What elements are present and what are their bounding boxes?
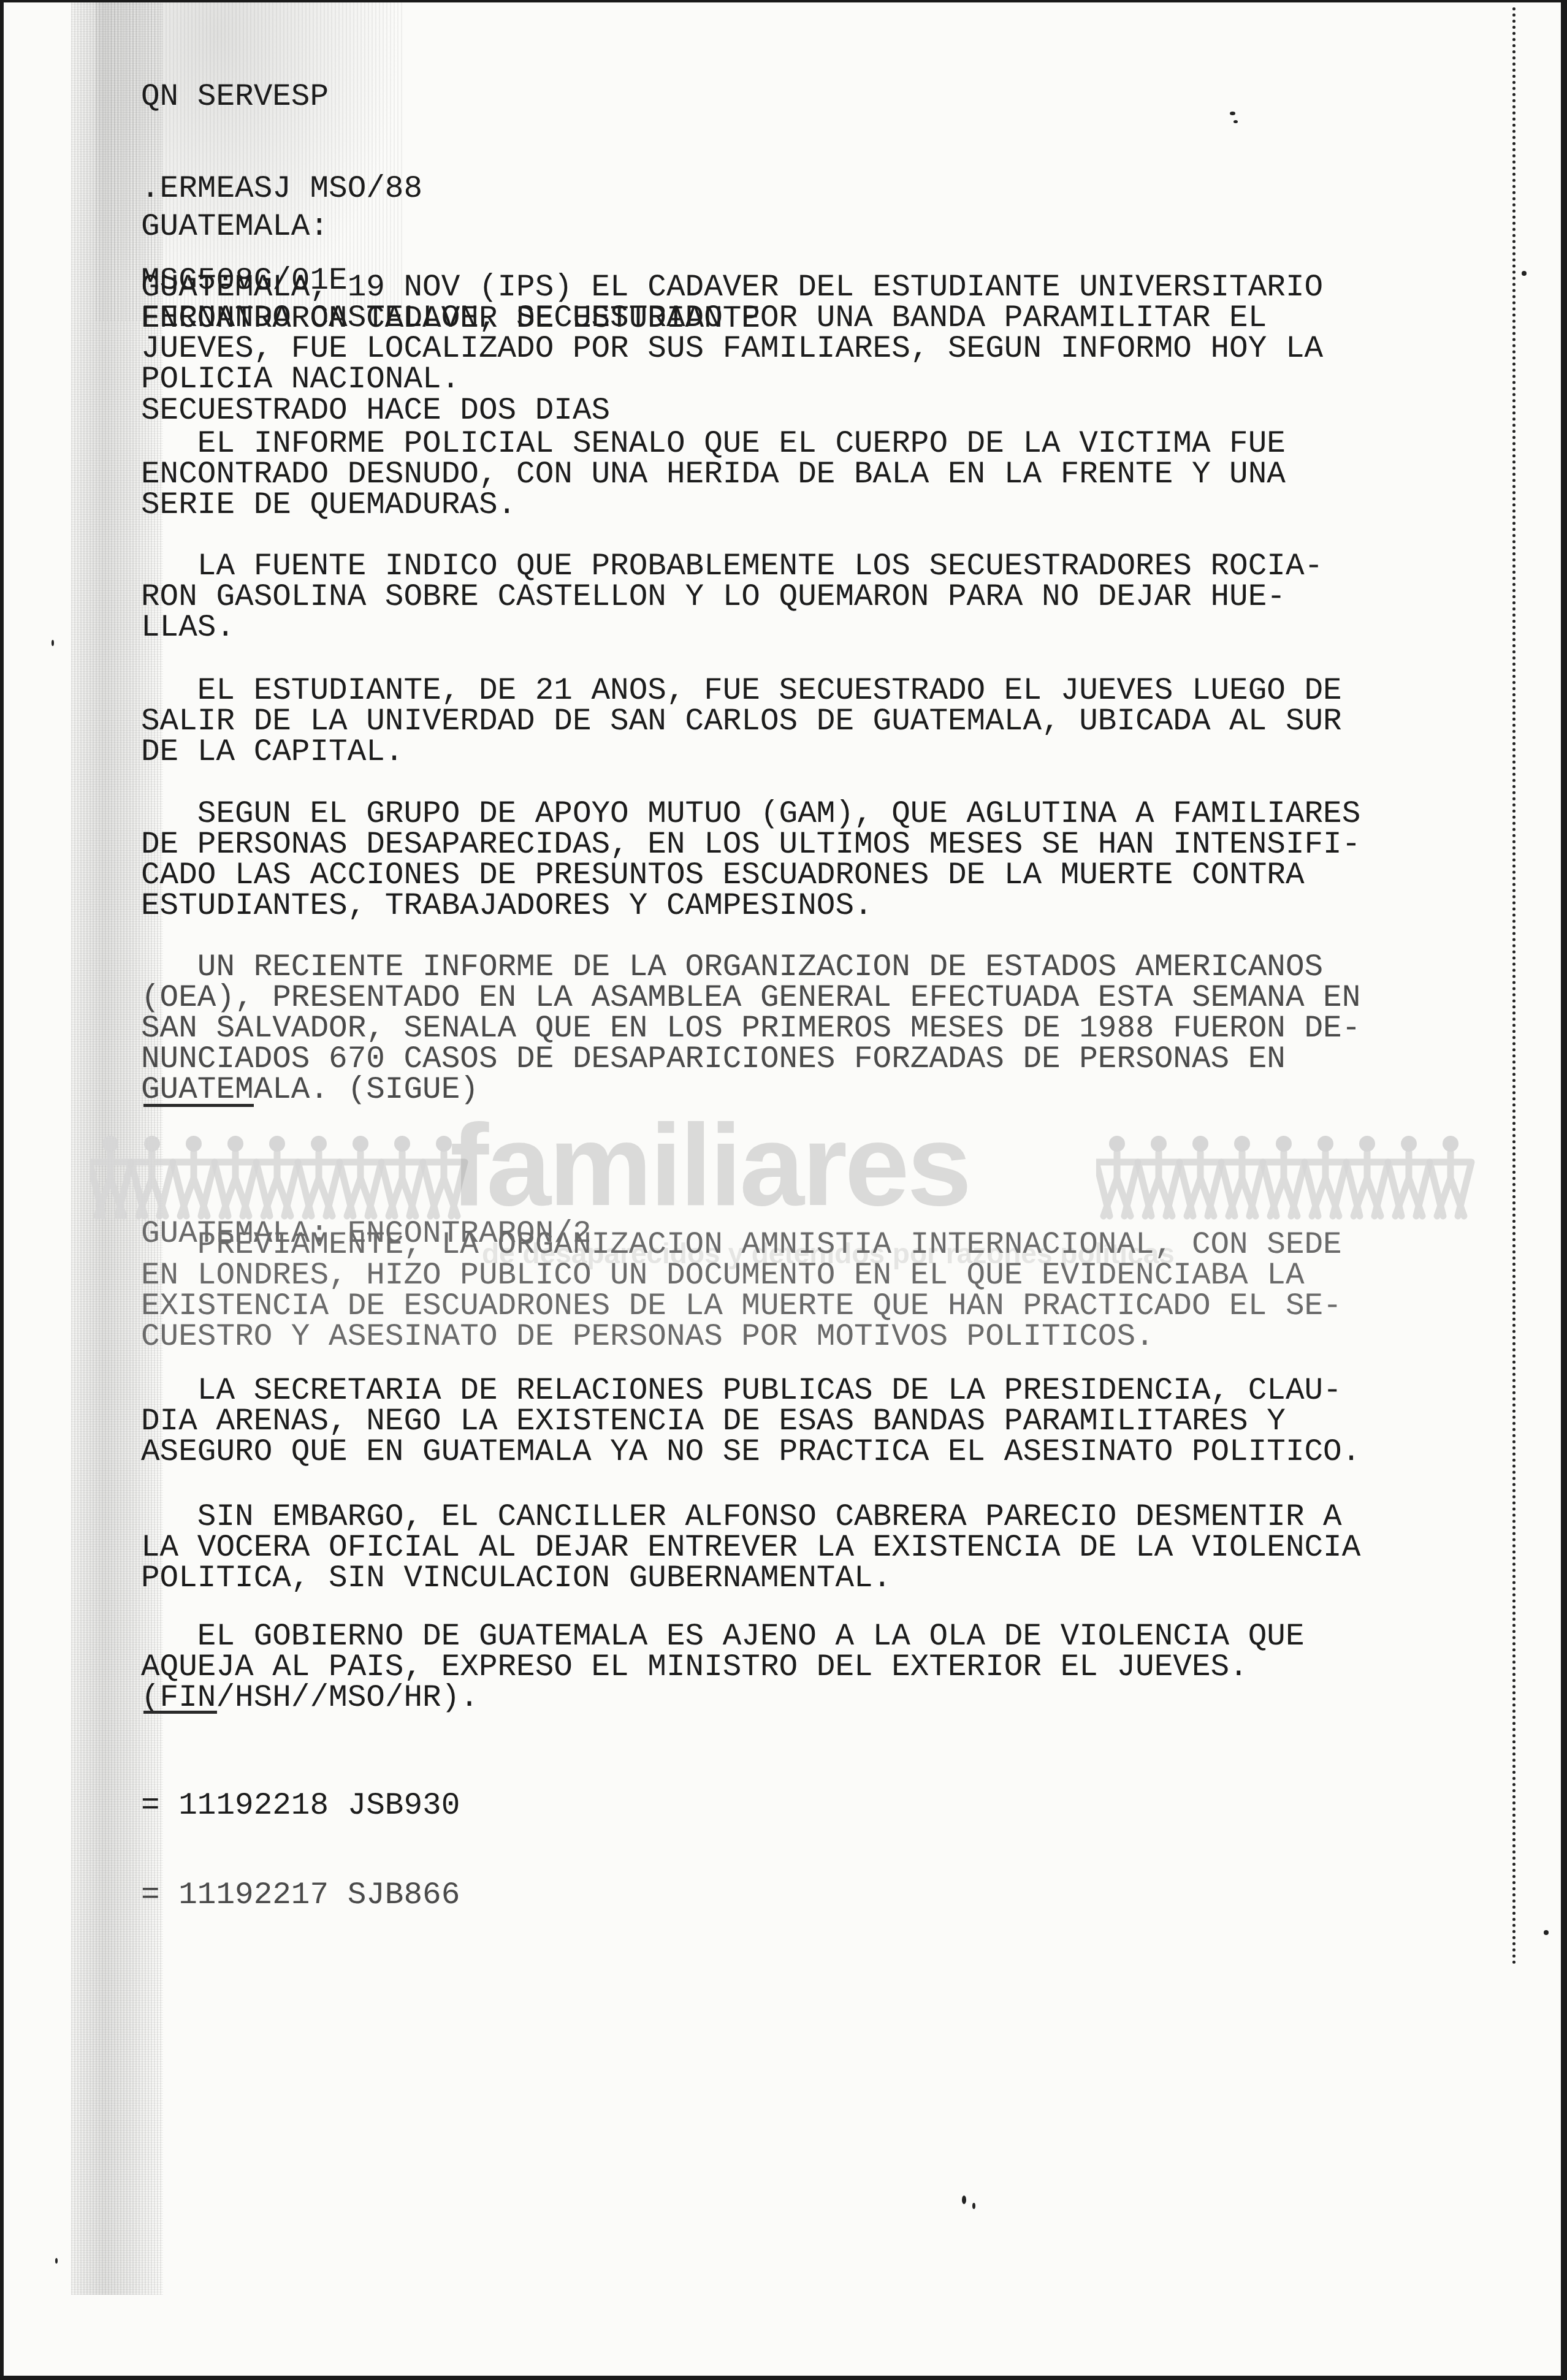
text-line: EN LONDRES, HIZO PUBLICO UN DOCUMENTO EN… [141,1261,1342,1291]
text-line: LA FUENTE INDICO QUE PROBABLEMENTE LOS S… [141,552,1323,582]
text-line: GUATEMALA. (SIGUE) [141,1075,1360,1106]
text-line: LA SECRETARIA DE RELACIONES PUBLICAS DE … [141,1376,1360,1407]
text-line: SALIR DE LA UNIVERDAD DE SAN CARLOS DE G… [141,707,1342,737]
text-line: ENCONTRADO DESNUDO, CON UNA HERIDA DE BA… [141,460,1286,490]
text-line: EL INFORME POLICIAL SENALO QUE EL CUERPO… [141,429,1286,460]
text-line: JUEVES, FUE LOCALIZADO POR SUS FAMILIARE… [141,334,1323,365]
text-line: EXISTENCIA DE ESCUADRONES DE LA MUERTE Q… [141,1291,1342,1322]
text-line: EL GOBIERNO DE GUATEMALA ES AJENO A LA O… [141,1622,1305,1652]
code-line: = 11192217 SJB866 [141,1880,460,1911]
scan-speck [1230,112,1235,115]
paragraph: SIN EMBARGO, EL CANCILLER ALFONSO CABRER… [141,1502,1360,1594]
scan-speck [962,2196,966,2204]
text-line: DIA ARENAS, NEGO LA EXISTENCIA DE ESAS B… [141,1407,1360,1437]
paragraph: GUATEMALA, 19 NOV (IPS) EL CADAVER DEL E… [141,273,1323,395]
text-line: (FIN/HSH//MSO/HR). [141,1683,1305,1714]
text-line: LLAS. [141,613,1323,644]
scan-speck [51,640,54,646]
scan-speck [1233,120,1238,123]
text-line: LA VOCERA OFICIAL AL DEJAR ENTREVER LA E… [141,1533,1360,1564]
text-line: (OEA), PRESENTADO EN LA ASAMBLEA GENERAL… [141,983,1360,1014]
paragraph: PREVIAMENTE, LA ORGANIZACION AMNISTIA IN… [141,1230,1342,1353]
text-line: GUATEMALA, 19 NOV (IPS) EL CADAVER DEL E… [141,273,1323,303]
text-line: EL ESTUDIANTE, DE 21 ANOS, FUE SECUESTRA… [141,676,1342,707]
text-line: AQUEJA AL PAIS, EXPRESO EL MINISTRO DEL … [141,1652,1305,1683]
text-line: ASEGURO QUE EN GUATEMALA YA NO SE PRACTI… [141,1437,1360,1468]
paragraph: EL GOBIERNO DE GUATEMALA ES AJENO A LA O… [141,1622,1305,1714]
scanned-teletype-page: familiares de desaparecidos y detenidos … [4,2,1561,2376]
paragraph: UN RECIENTE INFORME DE LA ORGANIZACION D… [141,952,1360,1106]
text-line: FERNANDO CASTELLON, SECUESTRADO POR UNA … [141,303,1323,334]
scan-speck [972,2203,975,2209]
text-line: SAN SALVADOR, SENALA QUE EN LOS PRIMEROS… [141,1014,1360,1044]
paragraph: LA SECRETARIA DE RELACIONES PUBLICAS DE … [141,1376,1360,1468]
text-line: RON GASOLINA SOBRE CASTELLON Y LO QUEMAR… [141,582,1323,613]
text-line: SERIE DE QUEMADURAS. [141,490,1286,521]
paragraph: EL ESTUDIANTE, DE 21 ANOS, FUE SECUESTRA… [141,676,1342,768]
text-line: NUNCIADOS 670 CASOS DE DESAPARICIONES FO… [141,1044,1360,1075]
text-line: ESTUDIANTES, TRABAJADORES Y CAMPESINOS. [141,891,1360,922]
separator-rule [143,1711,217,1714]
text-line: DE PERSONAS DESAPARECIDAS, EN LOS ULTIMO… [141,830,1360,861]
paragraph: EL INFORME POLICIAL SENALO QUE EL CUERPO… [141,429,1286,521]
text-line: UN RECIENTE INFORME DE LA ORGANIZACION D… [141,952,1360,983]
text-line: CUESTRO Y ASESINATO DE PERSONAS POR MOTI… [141,1322,1342,1353]
scan-speck [55,2258,58,2264]
code-line: = 11192218 JSB930 [141,1791,460,1822]
paragraph: LA FUENTE INDICO QUE PROBABLEMENTE LOS S… [141,552,1323,644]
headline-line: SECUESTRADO HACE DOS DIAS [141,396,760,427]
perforation-line [1512,7,1516,1966]
scan-speck [1522,271,1527,276]
text-line: SEGUN EL GRUPO DE APOYO MUTUO (GAM), QUE… [141,799,1360,830]
text-line: PREVIAMENTE, LA ORGANIZACION AMNISTIA IN… [141,1230,1342,1261]
paragraph: SEGUN EL GRUPO DE APOYO MUTUO (GAM), QUE… [141,799,1360,922]
text-line: POLITICA, SIN VINCULACION GUBERNAMENTAL. [141,1564,1360,1594]
text-line: POLICIA NACIONAL. [141,365,1323,395]
scan-speck [1544,1930,1549,1935]
text-line: DE LA CAPITAL. [141,737,1342,768]
routing-line: QN SERVESP [141,82,422,113]
text-line: CADO LAS ACCIONES DE PRESUNTOS ESCUADRON… [141,861,1360,891]
text-line: SIN EMBARGO, EL CANCILLER ALFONSO CABRER… [141,1502,1360,1533]
paper-doll-chain-icon [1096,1135,1476,1221]
headline-line: GUATEMALA: [141,212,760,243]
transmission-code: = 11192217 SJB866 [141,1819,460,1972]
separator-rule [143,1104,254,1107]
